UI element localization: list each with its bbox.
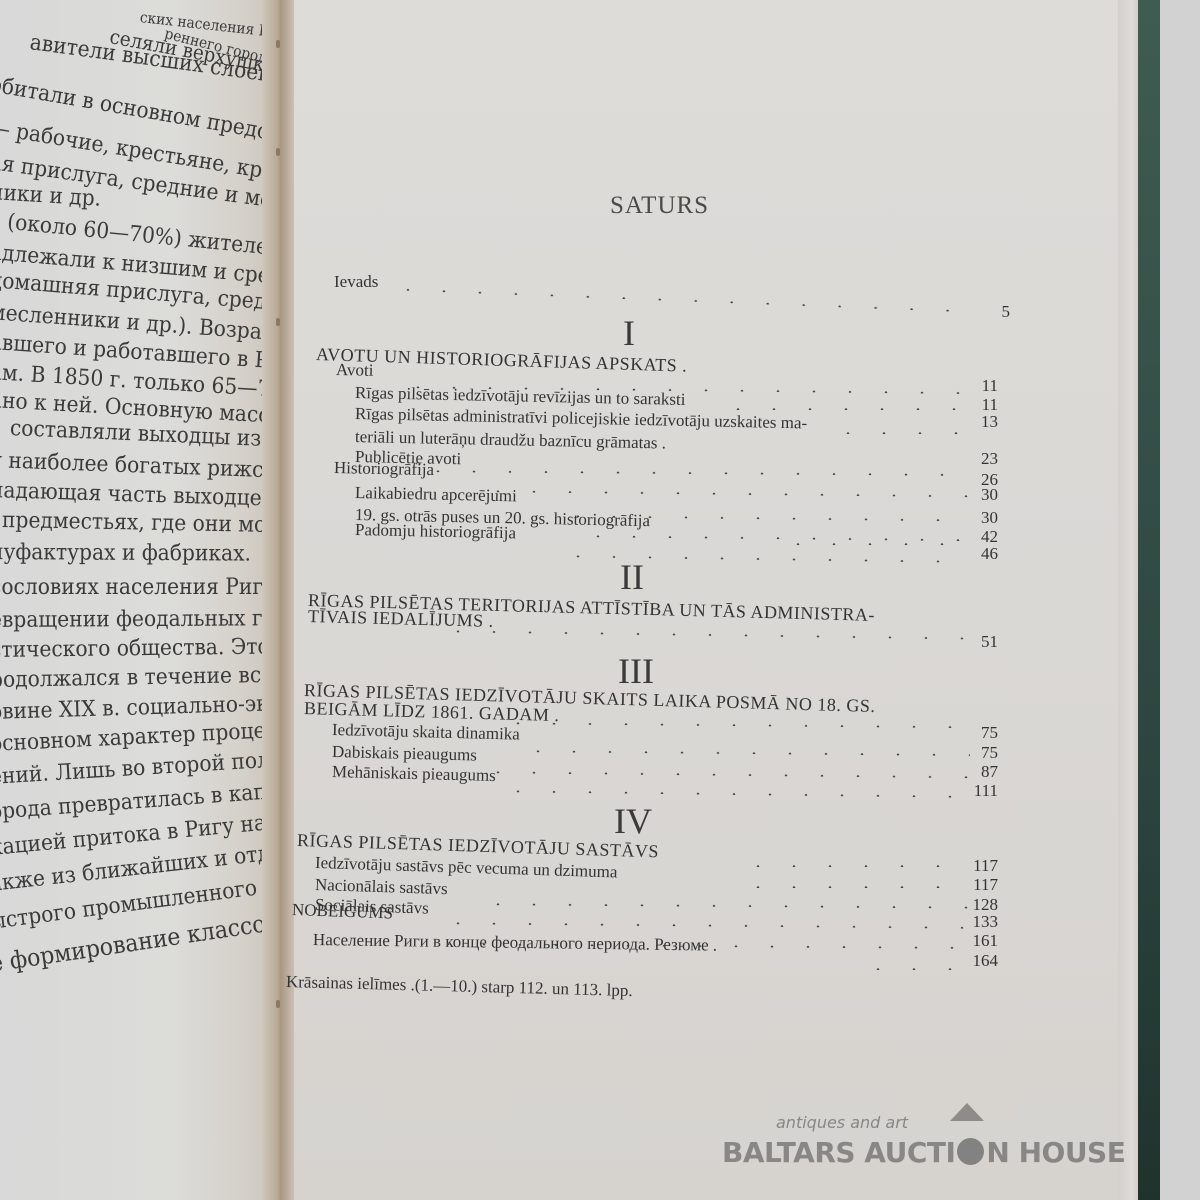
background-surface <box>1160 0 1200 1200</box>
watermark-o-icon <box>957 1138 984 1165</box>
chapter-numeral: IV <box>614 800 652 842</box>
left-page-line: сословиях населения Риги сложи <box>0 575 285 600</box>
toc-entry: Avoti <box>336 360 374 381</box>
toc-page-number: 13 <box>948 412 998 432</box>
dot-leader <box>720 408 970 410</box>
toc-page-number: 111 <box>948 781 998 801</box>
toc-page-number: 23 <box>948 449 998 469</box>
toc-page-number: 51 <box>948 632 998 652</box>
toc-page-intro: 5 <box>960 302 1010 322</box>
dot-leader <box>780 543 970 545</box>
watermark-brand-right: N HOUSE <box>986 1136 1125 1169</box>
toc-page-number: 117 <box>948 856 998 876</box>
toc-page-number: 75 <box>948 723 998 743</box>
dot-leader <box>740 865 970 867</box>
toc-page-number: 46 <box>948 544 998 564</box>
binding-stitch <box>276 318 280 326</box>
binding-stitch <box>276 148 280 156</box>
left-page-line: стического общества. Этот процесс <box>0 633 285 663</box>
toc-entry-conclusion: NOBEIGUMS <box>292 900 394 924</box>
left-page: ских населения Ригиреннего города были д… <box>0 0 285 1200</box>
book-cover-edge <box>1138 0 1160 1200</box>
toc-page-number: 30 <box>948 485 998 505</box>
toc-entry: Mehāniskais pieaugums <box>332 762 496 786</box>
binding-stitch <box>276 1000 280 1008</box>
left-page-line: предместьях, где они могли найти <box>2 508 285 540</box>
crown-icon <box>950 1103 984 1121</box>
toc-title: SATURS <box>610 192 709 220</box>
toc-entry: Padomju historiogrāfija <box>355 520 516 543</box>
watermark-brand-left: BALTARS AUCTI <box>722 1136 955 1169</box>
toc-page-number: 30 <box>948 508 998 528</box>
toc-entry: Laikabiedru apcerējumi <box>355 483 517 506</box>
toc-entry-intro: Ievads <box>334 272 378 292</box>
toc-page-number: 75 <box>948 743 998 763</box>
toc-page-number: 11 <box>948 376 998 396</box>
dot-leader <box>740 886 970 888</box>
toc-page-number: 133 <box>948 912 998 932</box>
book-gutter <box>262 0 296 1200</box>
toc-page-number: 161 <box>948 931 998 951</box>
left-page-line: родолжался в течение всего XIX в. <box>0 661 285 693</box>
chapter-numeral: II <box>620 556 644 598</box>
left-page-line: евращении феодальных городских <box>0 606 285 633</box>
watermark-tagline: antiques and art <box>776 1113 908 1132</box>
watermark-brand: BALTARS AUCTIN HOUSE <box>722 1136 1125 1169</box>
toc-page-number: 87 <box>948 762 998 782</box>
chapter-numeral: III <box>618 650 654 692</box>
toc-page-number: 117 <box>948 875 998 895</box>
toc-page-number: 164 <box>948 951 998 971</box>
left-page-line: нуфактурах и фабриках. <box>0 540 251 567</box>
dot-leader <box>830 432 970 434</box>
page-edges <box>1118 0 1140 1200</box>
chapter-numeral: I <box>623 312 635 354</box>
binding-stitch <box>276 40 280 48</box>
